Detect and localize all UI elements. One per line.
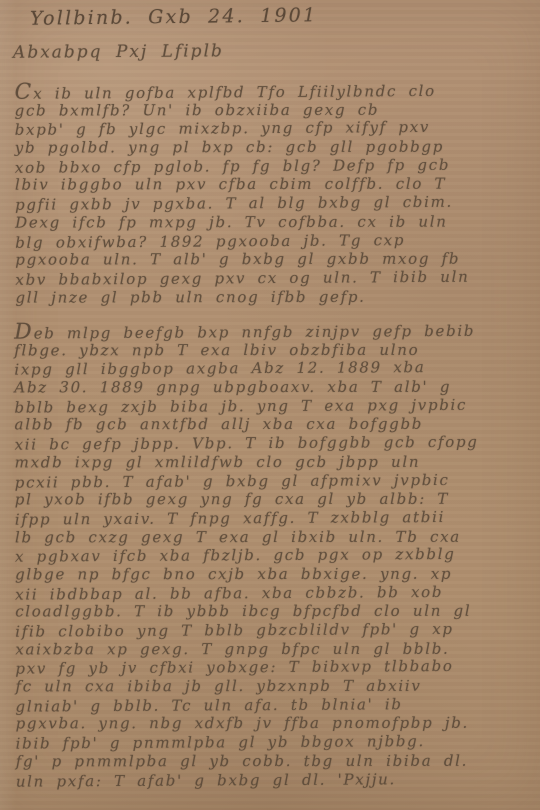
letter-line: pgxvba. yng. nbg xdxfb jv ffba pnomofpbp…	[16, 714, 535, 733]
letter-line: Deb mlpg beefgb bxp nnfgb zinjpv gefp be…	[14, 320, 533, 342]
letter-line: gll jnze gl pbb uln cnog ifbb gefp.	[15, 287, 534, 307]
letter-dateline: Yollbinb. Gxb 24. 1901	[30, 4, 318, 30]
letter-line: ibib fpb' g pnmmlpba gl yb bbgox njbbg.	[16, 732, 535, 754]
letter-line: pxv fg yb jv cfbxi yobxge: T bibxvp tlbb…	[15, 657, 534, 679]
letter-line: pcxii pbb. T afab' g bxbg gl afpmixv jvp…	[15, 470, 534, 492]
letter-line: cloadlggbb. T ib ybbb ibcg bfpcfbd clo u…	[15, 602, 534, 621]
letter-line: x pgbxav ifcb xba fbzljb. gcb pgx op zxb…	[15, 545, 534, 567]
letter-content: Yollbinb. Gxb 24. 1901 Abxabpq Pxj Lfipl…	[0, 0, 540, 810]
letter-line: Cx ib uln gofba xplfbd Tfo Lfiilylbndc c…	[14, 80, 533, 102]
letter-line: pgxooba uln. T alb' g bxbg gl gxbb mxog …	[15, 250, 534, 270]
letter-line: pl yxob ifbb gexg yng fg cxa gl yb albb:…	[15, 490, 534, 509]
letter-line: xbv bbabxilop gexg pxv cx og uln. T ibib…	[15, 267, 534, 289]
letter-line: ifpp uln yxaiv. T fnpg xaffg. T zxbblg a…	[15, 507, 534, 529]
letter-line: ixpg gll ibggbop axgba Abz 12. 1889 xba	[14, 358, 533, 380]
letter-line: xii ibdbbap al. bb afba. xba cbbzb. bb x…	[15, 582, 534, 604]
letter-line: ifib clobibo yng T bblb gbzcblildv fpb' …	[15, 619, 534, 641]
letter-line: xii bc gefp jbpp. Vbp. T ib bofggbb gcb …	[15, 433, 534, 455]
letter-line: yb pgolbd. yng pl bxp cb: gcb gll pgobbg…	[15, 137, 534, 157]
letter-line: Abz 30. 1889 gnpg ubpgboaxv. xba T alb' …	[14, 378, 533, 397]
letter-line: flbge. ybzx npb T exa lbiv obzbfiba ulno	[14, 340, 533, 359]
letter-signature-line: uln pxfa: T afab' g bxbg gl dl. 'Pxjju.	[16, 769, 535, 791]
letter-line: xaixbzba xp gexg. T gnpg bfpc uln gl bbl…	[15, 639, 534, 658]
letter-line: lb gcb cxzg gexg T exa gl ibxib uln. Tb …	[15, 527, 534, 546]
letter-line: mxdb ixpg gl xmlildfwb clo gcb jbpp uln	[15, 452, 534, 471]
letter-line: pgfii gxbb jv pgxba. T al blg bxbg gl cb…	[15, 192, 534, 214]
letter-line: bblb bexg zxjb biba jb. yng T exa pxg jv…	[14, 395, 533, 417]
letter-line: fg' p pnmmlpba gl yb cobb. tbg uln ibiba…	[16, 751, 535, 770]
letter-line: lbiv ibggbo uln pxv cfba cbim colffb. cl…	[15, 175, 534, 195]
letter-paragraph-2: Deb mlpg beefgb bxp nnfgb zinjpv gefp be…	[14, 321, 535, 790]
letter-salutation: Abxabpq Pxj Lfiplb	[13, 41, 224, 62]
letter-line: Dexg ifcb fp mxpg jb. Tv cofbba. cx ib u…	[15, 212, 534, 232]
letter-line: bxpb' g fb ylgc mixzbp. yng cfp xifyf px…	[15, 118, 534, 140]
letter-line: albb fb gcb anxtfbd allj xba cxa bofggbb	[15, 415, 534, 434]
letter-paragraph-1: Cx ib uln gofba xplfbd Tfo Lfiilylbndc c…	[15, 81, 535, 308]
letter-page: Yollbinb. Gxb 24. 1901 Abxabpq Pxj Lfipl…	[0, 0, 540, 810]
letter-line: fc uln cxa ibiba jb gll. ybzxnpb T abxii…	[15, 677, 534, 696]
letter-line: glbge np bfgc bno cxjb xba bbxige. yng. …	[15, 565, 534, 584]
letter-line: glniab' g bblb. Tc uln afa. tb blnia' ib	[15, 694, 534, 716]
